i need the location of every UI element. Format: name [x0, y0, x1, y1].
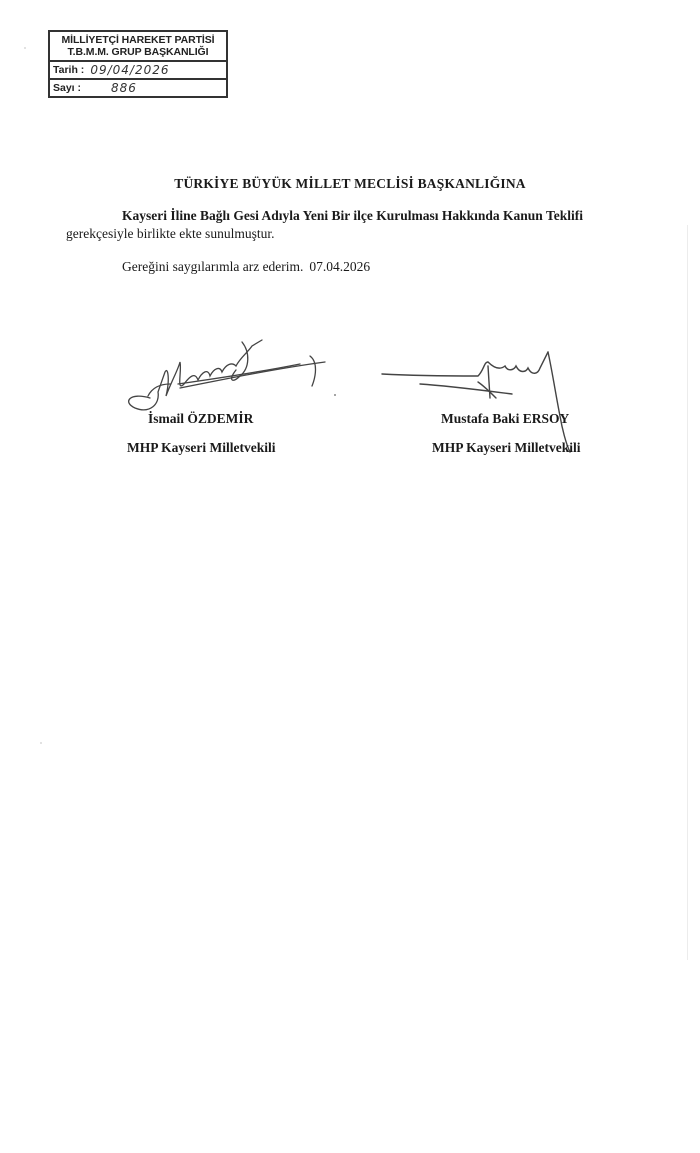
scan-speck: [40, 742, 42, 744]
signatory-name-2: Mustafa Baki ERSOY: [441, 411, 569, 427]
signatory-role-2: MHP Kayseri Milletvekili: [432, 440, 580, 456]
handwritten-signature-icon: [0, 0, 700, 460]
document-page: MİLLİYETÇİ HAREKET PARTİSİ T.B.M.M. GRUP…: [0, 0, 700, 1153]
